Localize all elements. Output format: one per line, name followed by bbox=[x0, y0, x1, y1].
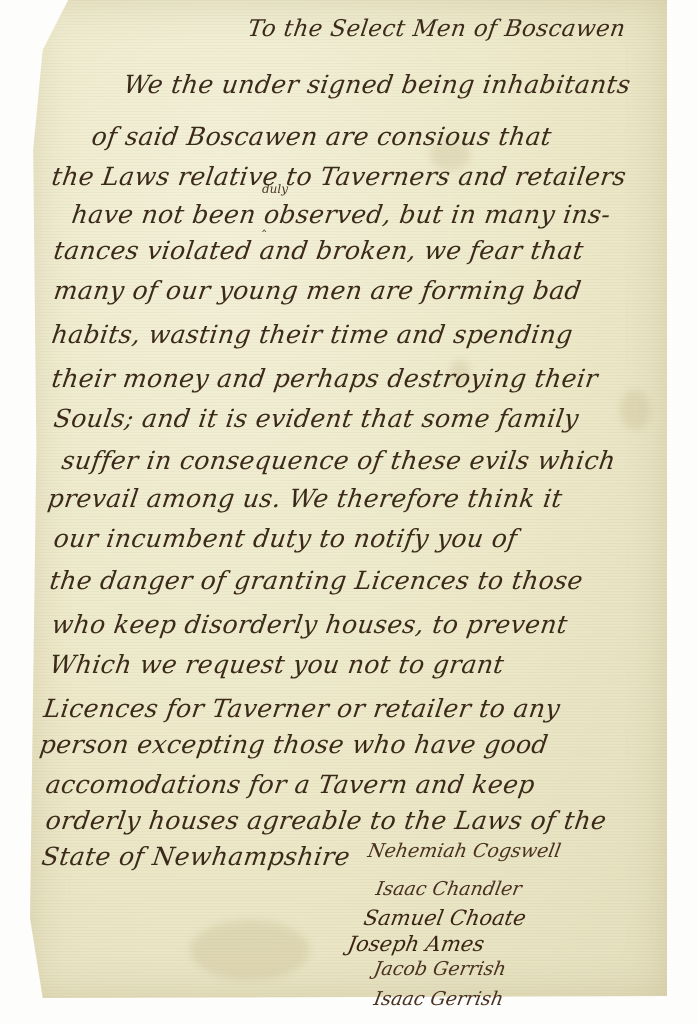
signature: Jacob Gerrish bbox=[372, 958, 508, 980]
signature: Joseph Ames bbox=[346, 932, 486, 956]
body-line: of said Boscawen are consious that bbox=[90, 122, 554, 151]
body-line: Licences for Taverner or retailer to any bbox=[42, 694, 562, 723]
body-line: accomodations for a Tavern and keep bbox=[44, 770, 537, 799]
body-line: many of our young men are forming bad bbox=[52, 276, 583, 305]
signature: Isaac Chandler bbox=[374, 878, 523, 900]
signature: Samuel Choate bbox=[362, 906, 528, 930]
body-line: the Laws relative to Taverners and retai… bbox=[50, 162, 628, 191]
body-line: their money and perhaps destroying their bbox=[50, 364, 600, 393]
body-line: Souls; and it is evident that some famil… bbox=[52, 404, 581, 433]
body-line: State of Newhampshire bbox=[40, 842, 352, 871]
body-line: suffer in consequence of these evils whi… bbox=[60, 446, 618, 475]
body-line: who keep disorderly houses, to prevent bbox=[50, 610, 570, 639]
body-line: We the under signed being inhabitants bbox=[122, 70, 633, 99]
signature: Nehemiah Cogswell bbox=[366, 840, 562, 862]
body-line: orderly houses agreable to the Laws of t… bbox=[44, 806, 608, 835]
interlinear-insertion: duly bbox=[262, 182, 288, 196]
signature: Isaac Gerrish bbox=[372, 988, 505, 1010]
handwritten-document: To the Select Men of Boscawen We the und… bbox=[0, 0, 697, 1024]
body-line: Which we request you not to grant bbox=[48, 650, 506, 679]
body-line: person excepting those who have good bbox=[38, 730, 550, 759]
salutation: To the Select Men of Boscawen bbox=[246, 16, 627, 42]
body-line: the danger of granting Licences to those bbox=[48, 566, 585, 595]
body-line: have not been observed, but in many ins- bbox=[70, 200, 612, 229]
body-line: our incumbent duty to notify you of bbox=[52, 524, 519, 553]
body-line: tances violated and broken, we fear that bbox=[52, 236, 586, 265]
body-line: habits, wasting their time and spending bbox=[50, 320, 575, 349]
body-line: prevail among us. We therefore think it bbox=[46, 484, 564, 513]
insertion-caret: ‸ bbox=[262, 218, 266, 233]
